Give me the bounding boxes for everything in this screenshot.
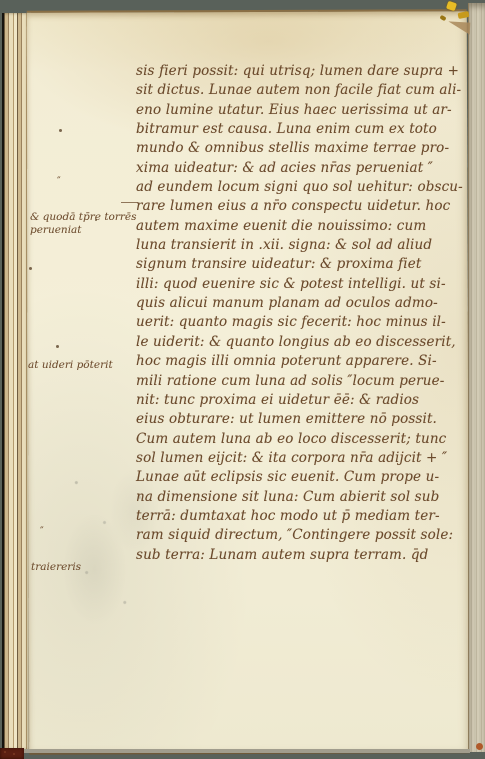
margin-note-3: ″ traiereris [31, 535, 81, 574]
insertion-mark-icon: ″ [57, 175, 61, 188]
binding-leather-dot [476, 743, 483, 750]
margin-note-1: ″ & quodā tp̄re torrēs perueniat [30, 185, 137, 237]
pricking-dot [29, 267, 32, 270]
insertion-mark-icon: ″ [40, 525, 44, 538]
margin-note-text: traiereris [31, 561, 81, 573]
margin-note-text: & quodā tp̄re torrēs perueniat [30, 211, 137, 236]
margin-note-2: at uideri pōterit [28, 333, 113, 372]
page-corner-fold [448, 21, 471, 34]
photo-background: sis fieri possit: qui utrisq; lumen dare… [0, 0, 485, 759]
main-text-block: sis fieri possit: qui utrisq; lumen dare… [136, 62, 462, 565]
binding-leather [0, 748, 24, 759]
text-line: sub terra: Lunam autem supra terram. q̄d [136, 546, 462, 565]
text-line: sol lumen eijcit: & ita corpora nr̄a adi… [136, 449, 462, 468]
text-line: luna transierit in .xii. signa: & sol ad… [136, 236, 462, 255]
note-link-line [121, 202, 138, 203]
text-line: autem maxime euenit die nouissimo: cum [136, 217, 462, 236]
text-line: eius obturare: ut lumen emittere nō pos… [136, 410, 462, 429]
text-line: sit dictus. Lunae autem non facile fiat … [136, 81, 462, 100]
text-line: bitramur est causa. Luna enim cum ex tot… [136, 120, 462, 139]
text-line: eno lumine utatur. Eius haec uerissima u… [136, 101, 462, 120]
fore-edge-pages [468, 3, 485, 752]
text-line: Lunae aūt eclipsis sic euenit. Cum prop… [136, 468, 462, 487]
text-line: sis fieri possit: qui utrisq; lumen dare… [136, 62, 462, 81]
text-line: na dimensione sit luna: Cum abierit sol … [136, 488, 462, 507]
page-bottom-edge [20, 749, 470, 753]
text-line: uerit: quanto magis sic fecerit: hoc min… [136, 313, 462, 332]
margin-note-text: at uideri pōterit [28, 359, 113, 371]
text-line: nit: tunc proxima ei uidetur ēē: & rad… [136, 391, 462, 410]
pricking-dot [59, 129, 62, 132]
text-line: terrā: dumtaxat hoc modo ut p̄ mediam t… [136, 507, 462, 526]
text-line: mundo & omnibus stellis maxime terrae pr… [136, 139, 462, 158]
text-line: ram siquid directum, ″Contingere possit … [136, 526, 462, 545]
text-line: signum transire uideatur: & proxima fiet [136, 255, 462, 274]
text-line: le uiderit: & quanto longius ab eo disce… [136, 333, 462, 352]
text-line: mili ratione cum luna ad solis ″locum pe… [136, 372, 462, 391]
pricking-dot [56, 345, 59, 348]
text-line: illi: quod euenire sic & potest intellig… [136, 275, 462, 294]
text-line: rare lumen eius a nr̄o conspectu uidetur… [136, 197, 462, 216]
book-gutter-leaf-edges [2, 13, 30, 750]
pricking-dot [95, 219, 97, 221]
text-line: quis alicui manum planam ad oculos admo- [136, 294, 462, 313]
text-line: xima uideatur: & ad acies nr̄as peruenia… [136, 159, 462, 178]
text-line: hoc magis illi omnia poterunt apparere. … [136, 352, 462, 371]
text-line: Cum autem luna ab eo loco discesserit; t… [136, 430, 462, 449]
text-line: ad eundem locum signi quo sol uehitur: o… [136, 178, 462, 197]
